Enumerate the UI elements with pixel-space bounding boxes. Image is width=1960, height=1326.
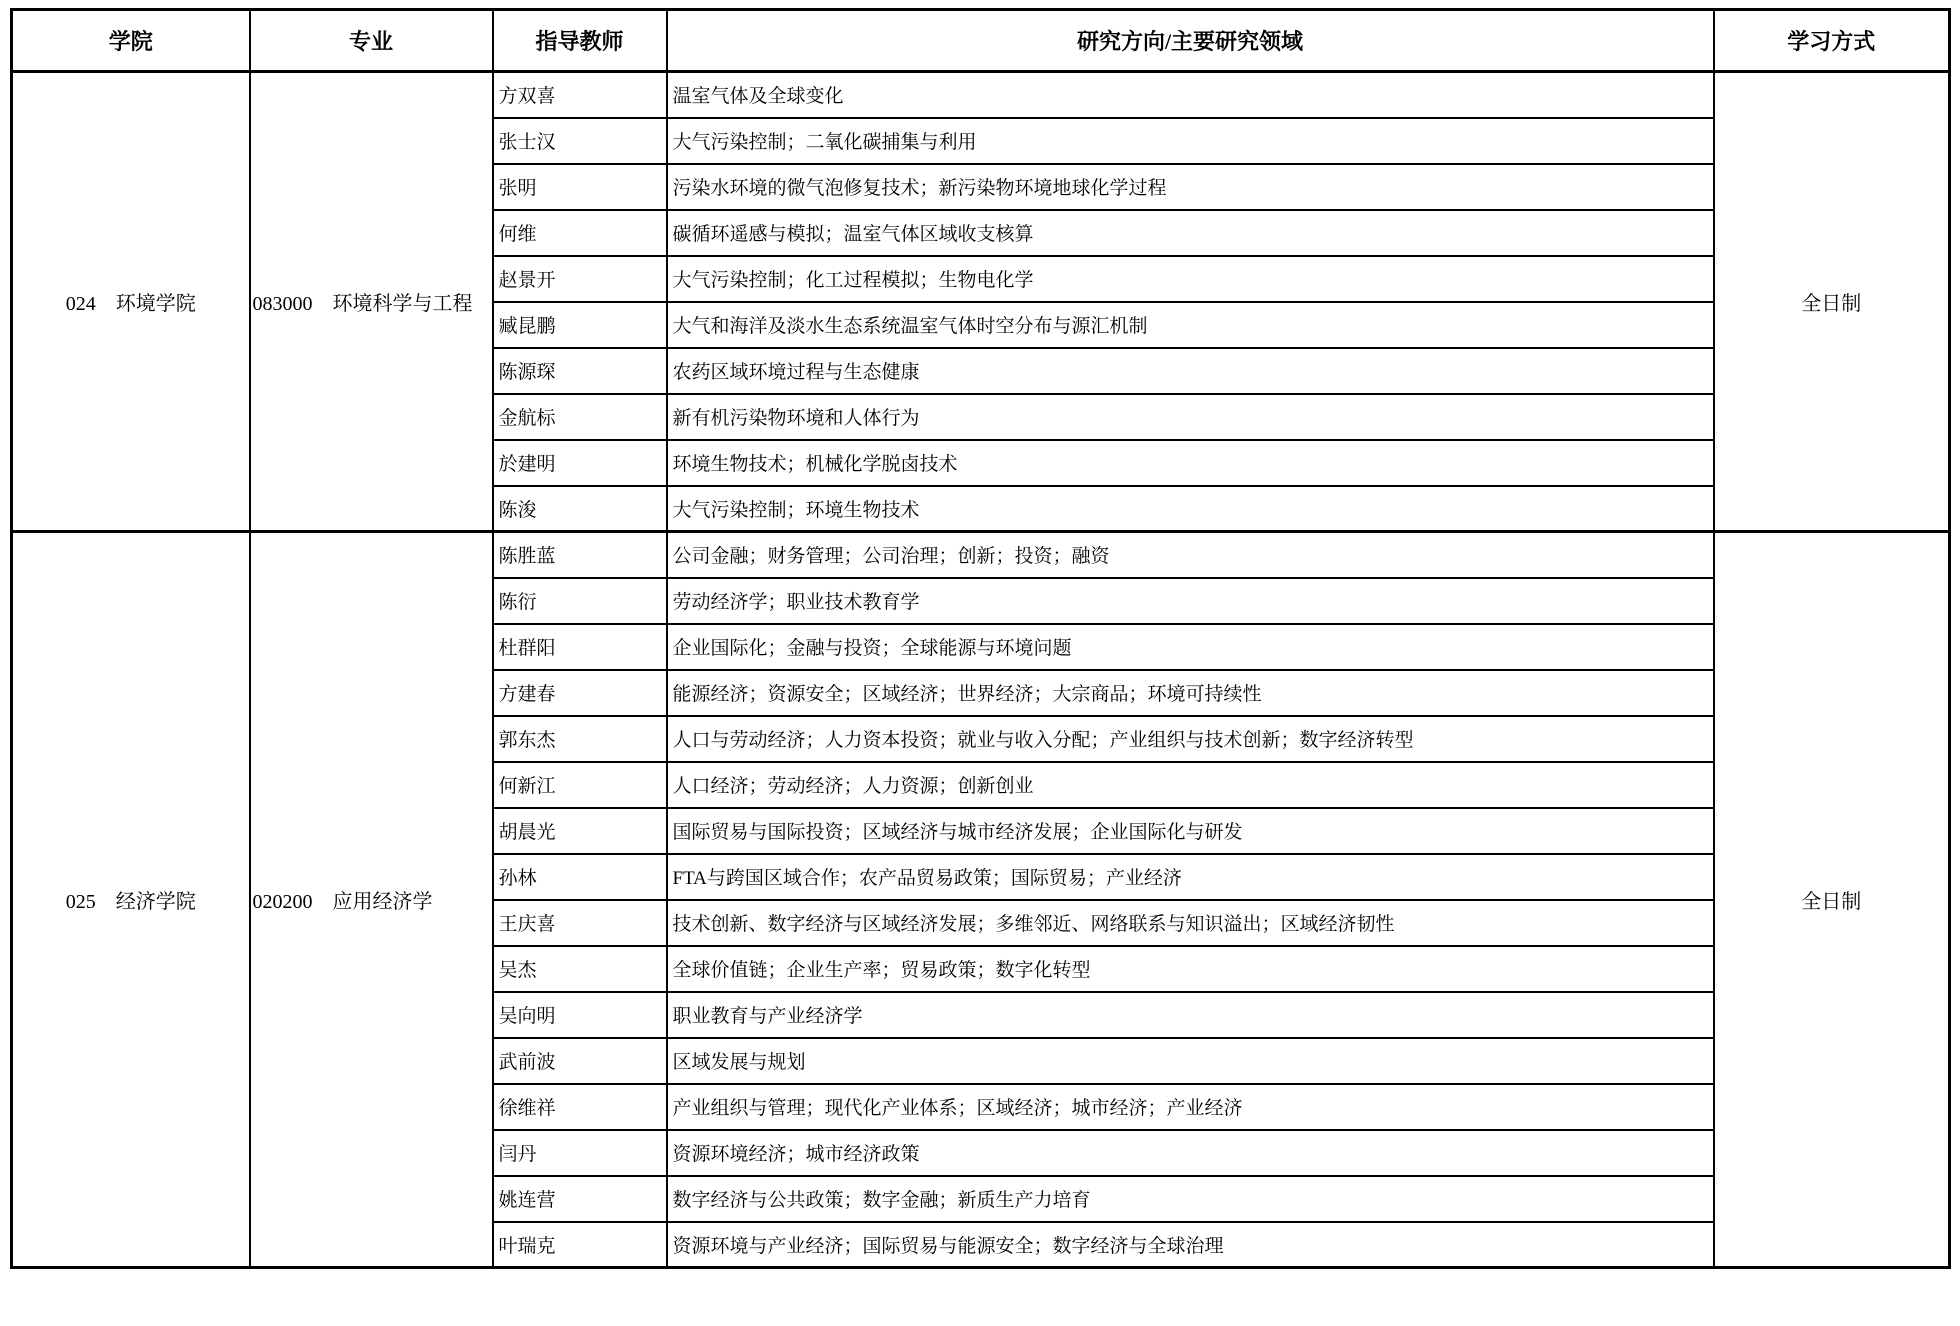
research-areas: FTA与跨国区域合作；农产品贸易政策；国际贸易；产业经济 bbox=[667, 854, 1714, 900]
group-environment: 024 环境学院 083000 环境科学与工程 方双喜 温室气体及全球变化 全日… bbox=[12, 72, 1950, 532]
advisor-name: 臧昆鹏 bbox=[493, 302, 667, 348]
research-areas: 温室气体及全球变化 bbox=[667, 72, 1714, 118]
research-areas: 新有机污染物环境和人体行为 bbox=[667, 394, 1714, 440]
advisor-name: 吴杰 bbox=[493, 946, 667, 992]
research-areas: 职业教育与产业经济学 bbox=[667, 992, 1714, 1038]
advisor-name: 杜群阳 bbox=[493, 624, 667, 670]
research-areas: 人口经济；劳动经济；人力资源；创新创业 bbox=[667, 762, 1714, 808]
advisor-name: 武前波 bbox=[493, 1038, 667, 1084]
research-areas: 劳动经济学；职业技术教育学 bbox=[667, 578, 1714, 624]
college-cell: 024 环境学院 bbox=[12, 72, 250, 532]
research-areas: 产业组织与管理；现代化产业体系；区域经济；城市经济；产业经济 bbox=[667, 1084, 1714, 1130]
advisor-name: 陈源琛 bbox=[493, 348, 667, 394]
advisor-name: 方双喜 bbox=[493, 72, 667, 118]
advisor-name: 赵景开 bbox=[493, 256, 667, 302]
research-areas: 大气和海洋及淡水生态系统温室气体时空分布与源汇机制 bbox=[667, 302, 1714, 348]
advisor-name: 王庆喜 bbox=[493, 900, 667, 946]
research-areas: 能源经济；资源安全；区域经济；世界经济；大宗商品；环境可持续性 bbox=[667, 670, 1714, 716]
advisor-name: 何新江 bbox=[493, 762, 667, 808]
table-row: 024 环境学院 083000 环境科学与工程 方双喜 温室气体及全球变化 全日… bbox=[12, 72, 1950, 118]
group-economics: 025 经济学院 020200 应用经济学 陈胜蓝 公司金融；财务管理；公司治理… bbox=[12, 532, 1950, 1268]
research-areas: 大气污染控制；化工过程模拟；生物电化学 bbox=[667, 256, 1714, 302]
header-advisor: 指导教师 bbox=[493, 10, 667, 72]
header-college: 学院 bbox=[12, 10, 250, 72]
research-areas: 资源环境经济；城市经济政策 bbox=[667, 1130, 1714, 1176]
advisor-name: 孙林 bbox=[493, 854, 667, 900]
advisor-name: 郭东杰 bbox=[493, 716, 667, 762]
advisor-name: 陈胜蓝 bbox=[493, 532, 667, 578]
advisor-name: 胡晨光 bbox=[493, 808, 667, 854]
research-areas: 资源环境与产业经济；国际贸易与能源安全；数字经济与全球治理 bbox=[667, 1222, 1714, 1268]
advisor-name: 徐维祥 bbox=[493, 1084, 667, 1130]
study-mode-cell: 全日制 bbox=[1714, 532, 1950, 1268]
research-areas: 数字经济与公共政策；数字金融；新质生产力培育 bbox=[667, 1176, 1714, 1222]
research-areas: 区域发展与规划 bbox=[667, 1038, 1714, 1084]
advisor-name: 方建春 bbox=[493, 670, 667, 716]
major-cell: 083000 环境科学与工程 bbox=[250, 72, 493, 532]
study-mode-cell: 全日制 bbox=[1714, 72, 1950, 532]
advisor-name: 闫丹 bbox=[493, 1130, 667, 1176]
major-cell: 020200 应用经济学 bbox=[250, 532, 493, 1268]
header-study-mode: 学习方式 bbox=[1714, 10, 1950, 72]
research-areas: 大气污染控制；二氧化碳捕集与利用 bbox=[667, 118, 1714, 164]
document-page: 学院 专业 指导教师 研究方向/主要研究领域 学习方式 024 环境学院 083… bbox=[0, 0, 1960, 1326]
research-areas: 农药区域环境过程与生态健康 bbox=[667, 348, 1714, 394]
advisor-name: 吴向明 bbox=[493, 992, 667, 1038]
header-research: 研究方向/主要研究领域 bbox=[667, 10, 1714, 72]
research-areas: 碳循环遥感与模拟；温室气体区域收支核算 bbox=[667, 210, 1714, 256]
research-areas: 技术创新、数字经济与区域经济发展；多维邻近、网络联系与知识溢出；区域经济韧性 bbox=[667, 900, 1714, 946]
advisor-name: 叶瑞克 bbox=[493, 1222, 667, 1268]
research-areas: 大气污染控制；环境生物技术 bbox=[667, 486, 1714, 532]
advisor-name: 姚连营 bbox=[493, 1176, 667, 1222]
advisor-name: 张士汉 bbox=[493, 118, 667, 164]
research-areas: 全球价值链；企业生产率；贸易政策；数字化转型 bbox=[667, 946, 1714, 992]
table-header: 学院 专业 指导教师 研究方向/主要研究领域 学习方式 bbox=[12, 10, 1950, 72]
advisor-name: 陈衍 bbox=[493, 578, 667, 624]
advisor-table: 学院 专业 指导教师 研究方向/主要研究领域 学习方式 024 环境学院 083… bbox=[10, 8, 1951, 1269]
research-areas: 公司金融；财务管理；公司治理；创新；投资；融资 bbox=[667, 532, 1714, 578]
research-areas: 环境生物技术；机械化学脱卤技术 bbox=[667, 440, 1714, 486]
table-row: 025 经济学院 020200 应用经济学 陈胜蓝 公司金融；财务管理；公司治理… bbox=[12, 532, 1950, 578]
advisor-name: 於建明 bbox=[493, 440, 667, 486]
advisor-name: 陈浚 bbox=[493, 486, 667, 532]
research-areas: 人口与劳动经济；人力资本投资；就业与收入分配；产业组织与技术创新；数字经济转型 bbox=[667, 716, 1714, 762]
research-areas: 企业国际化；金融与投资；全球能源与环境问题 bbox=[667, 624, 1714, 670]
college-cell: 025 经济学院 bbox=[12, 532, 250, 1268]
advisor-name: 何维 bbox=[493, 210, 667, 256]
research-areas: 污染水环境的微气泡修复技术；新污染物环境地球化学过程 bbox=[667, 164, 1714, 210]
advisor-name: 张明 bbox=[493, 164, 667, 210]
header-major: 专业 bbox=[250, 10, 493, 72]
advisor-name: 金航标 bbox=[493, 394, 667, 440]
header-row: 学院 专业 指导教师 研究方向/主要研究领域 学习方式 bbox=[12, 10, 1950, 72]
research-areas: 国际贸易与国际投资；区域经济与城市经济发展；企业国际化与研发 bbox=[667, 808, 1714, 854]
